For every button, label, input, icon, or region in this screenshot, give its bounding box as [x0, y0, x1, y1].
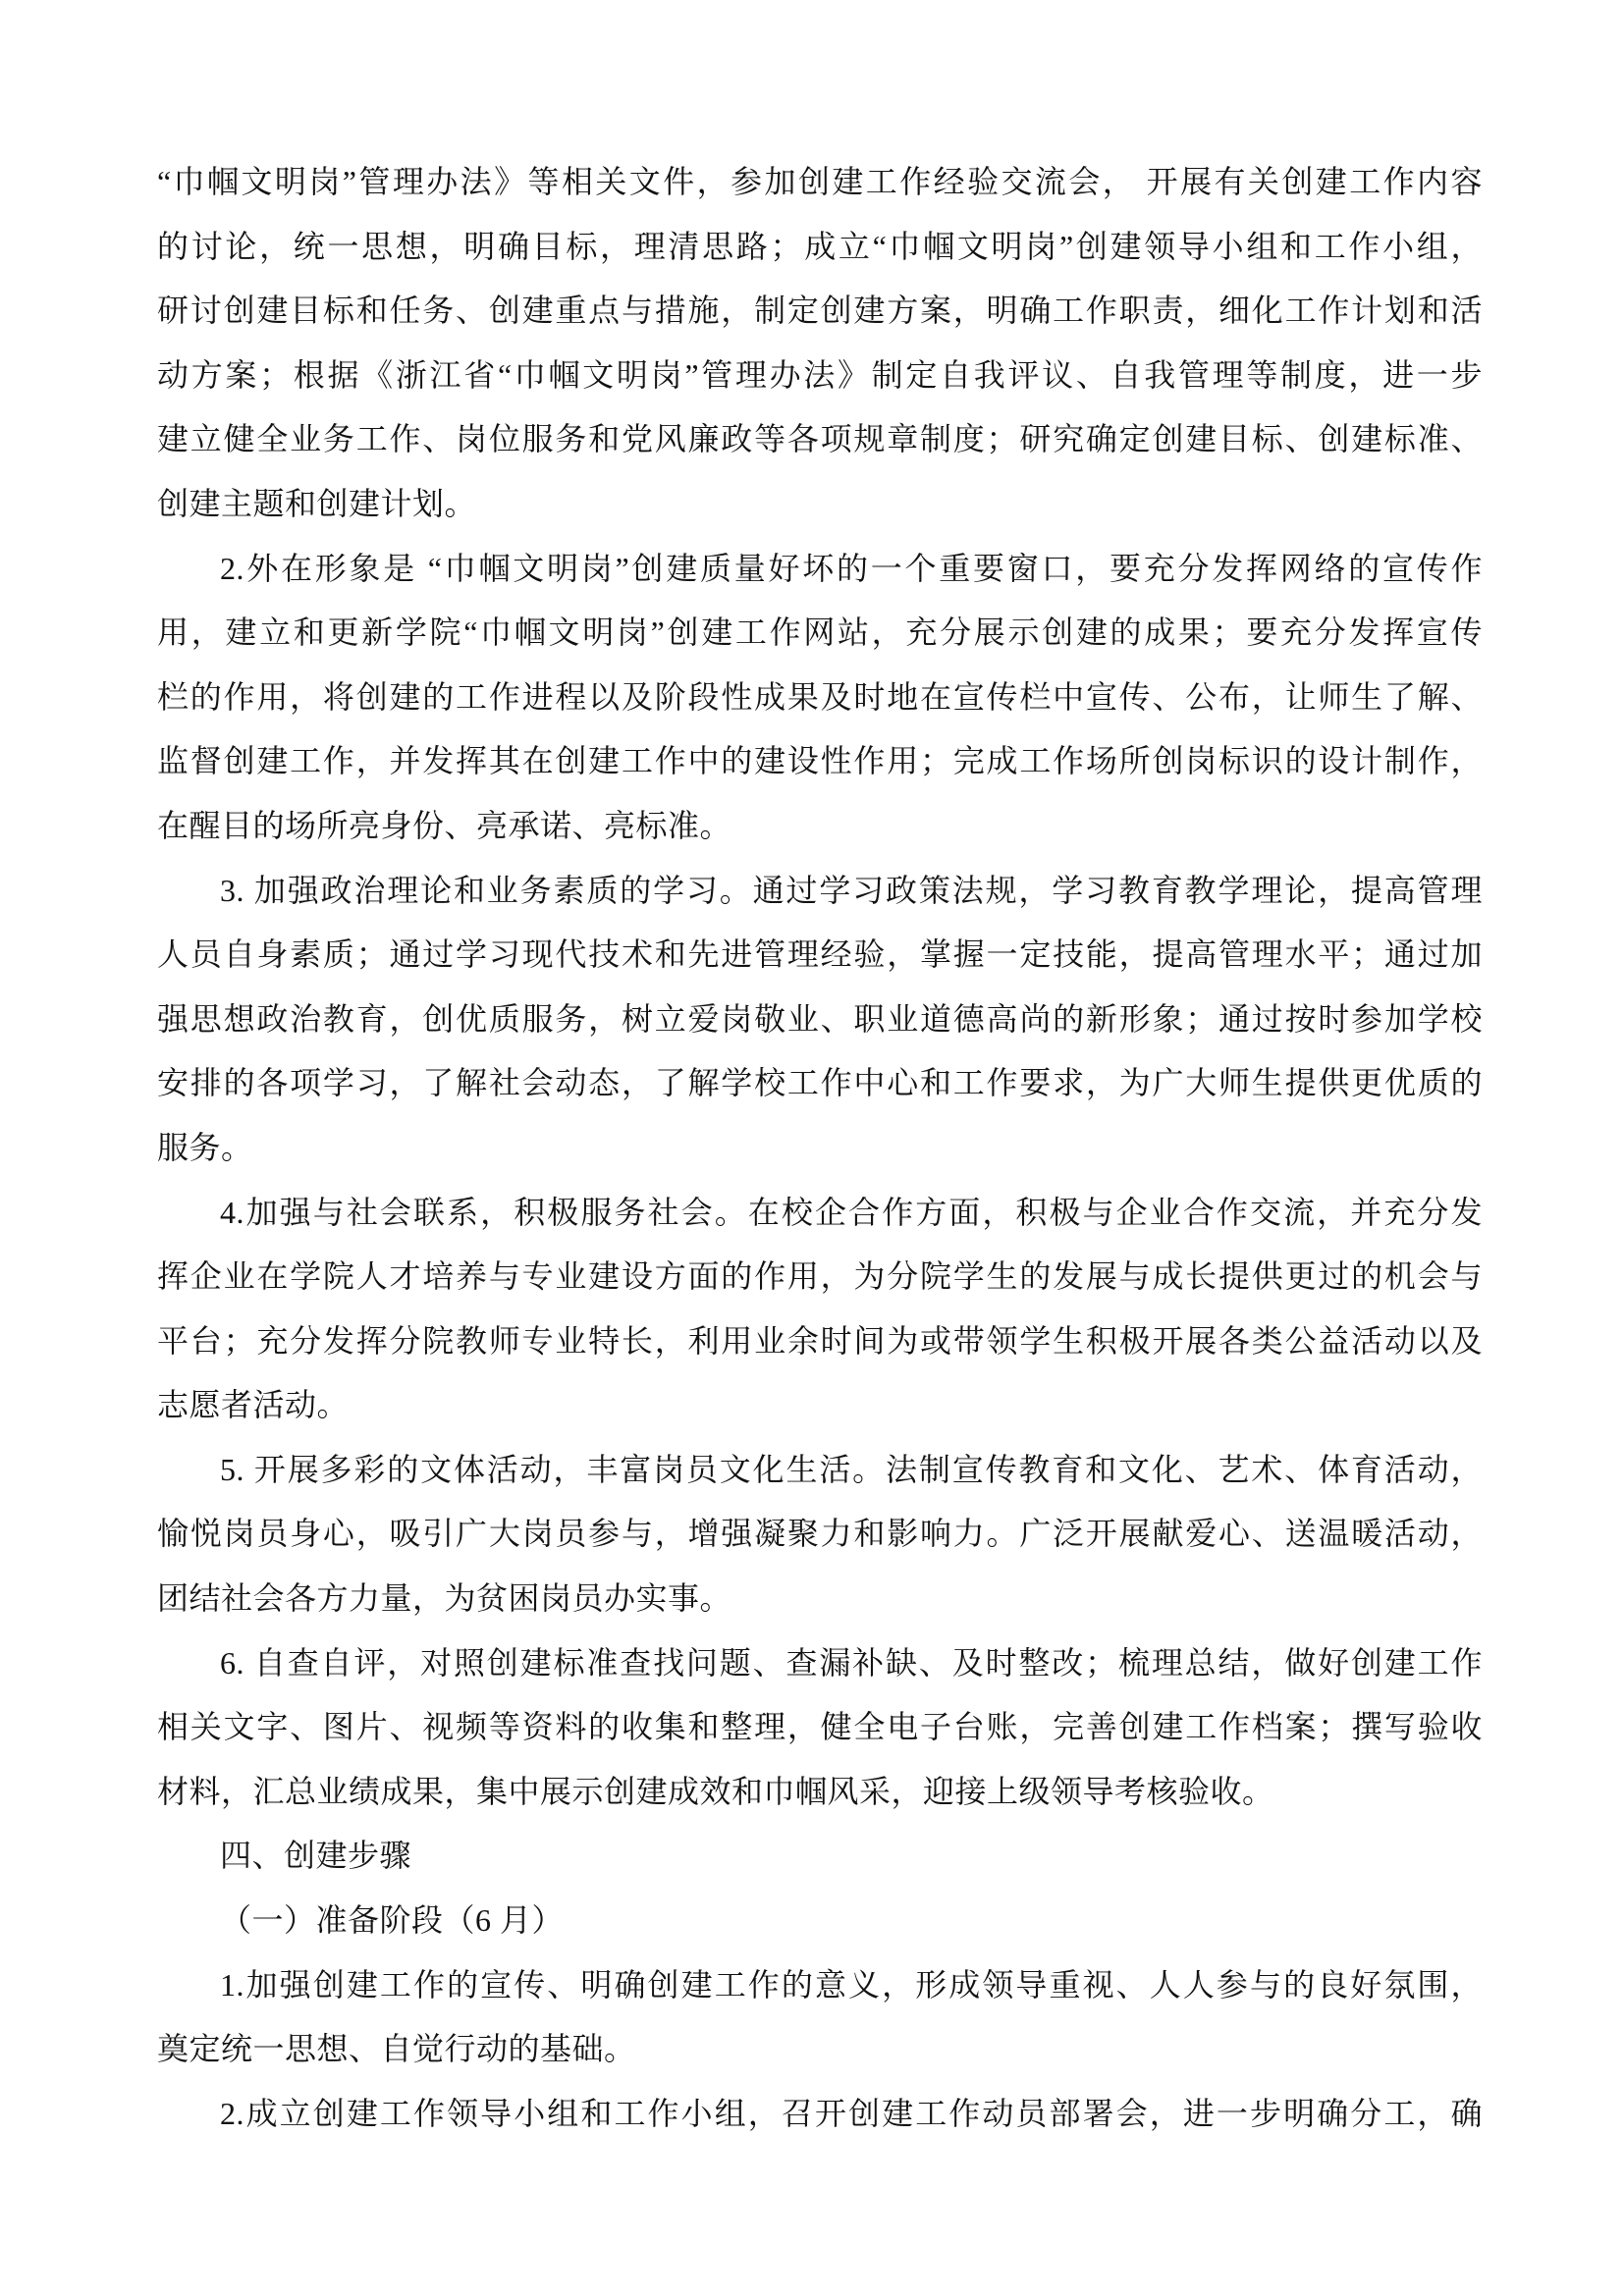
text-line: 用，建立和更新学院“巾帼文明岗”创建工作网站，充分展示创建的成果；要充分发挥宣传	[157, 601, 1483, 666]
text-line: 监督创建工作，并发挥其在创建工作中的建设性作用；完成工作场所创岗标识的设计制作，	[157, 729, 1483, 794]
text-line: 人员自身素质；通过学习现代技术和先进管理经验，掌握一定技能，提高管理水平；通过加	[157, 923, 1483, 988]
text-line: 材料，汇总业绩成果，集中展示创建成效和巾帼风采，迎接上级领导考核验收。	[157, 1760, 1483, 1825]
text-line: 奠定统一思想、自觉行动的基础。	[157, 2017, 1483, 2082]
text-line: 5. 开展多彩的文体活动，丰富岗员文化生活。法制宣传教育和文化、艺术、体育活动，	[157, 1438, 1483, 1503]
text-line: “巾帼文明岗”管理办法》等相关文件，参加创建工作经验交流会， 开展有关创建工作内…	[157, 150, 1483, 215]
text-line: 强思想政治教育，创优质服务，树立爱岗敬业、职业道德高尚的新形象；通过按时参加学校	[157, 988, 1483, 1052]
text-line: 2.外在形象是 “巾帼文明岗”创建质量好坏的一个重要窗口，要充分发挥网络的宣传作	[157, 537, 1483, 602]
text-line: 栏的作用，将创建的工作进程以及阶段性成果及时地在宣传栏中宣传、公布，让师生了解、	[157, 666, 1483, 730]
text-line: 平台；充分发挥分院教师专业特长，利用业余时间为或带领学生积极开展各类公益活动以及	[157, 1309, 1483, 1374]
text-line: 建立健全业务工作、岗位服务和党风廉政等各项规章制度；研究确定创建目标、创建标准、	[157, 407, 1483, 472]
document-page: “巾帼文明岗”管理办法》等相关文件，参加创建工作经验交流会， 开展有关创建工作内…	[0, 0, 1624, 2296]
text-line: 动方案；根据《浙江省“巾帼文明岗”管理办法》制定自我评议、自我管理等制度，进一步	[157, 344, 1483, 408]
text-line: 志愿者活动。	[157, 1373, 1483, 1438]
text-line: 愉悦岗员身心，吸引广大岗员参与，增强凝聚力和影响力。广泛开展献爱心、送温暖活动，	[157, 1502, 1483, 1567]
text-line: 挥企业在学院人才培养与专业建设方面的作用，为分院学生的发展与成长提供更过的机会与	[157, 1245, 1483, 1309]
text-line: 安排的各项学习，了解社会动态，了解学校工作中心和工作要求，为广大师生提供更优质的	[157, 1051, 1483, 1116]
text-line: 4.加强与社会联系，积极服务社会。在校企合作方面，积极与企业合作交流，并充分发	[157, 1181, 1483, 1246]
text-line: 的讨论，统一思想，明确目标，理清思路；成立“巾帼文明岗”创建领导小组和工作小组，	[157, 215, 1483, 280]
text-line: 创建主题和创建计划。	[157, 472, 1483, 537]
document-body: “巾帼文明岗”管理办法》等相关文件，参加创建工作经验交流会， 开展有关创建工作内…	[157, 150, 1483, 2146]
text-line: 服务。	[157, 1116, 1483, 1181]
text-line: 研讨创建目标和任务、创建重点与措施，制定创建方案，明确工作职责，细化工作计划和活	[157, 279, 1483, 344]
text-line: 在醒目的场所亮身份、亮承诺、亮标准。	[157, 794, 1483, 859]
text-line: 四、创建步骤	[157, 1824, 1483, 1889]
text-line: 6. 自查自评，对照创建标准查找问题、查漏补缺、及时整改；梳理总结，做好创建工作	[157, 1631, 1483, 1696]
text-line: 团结社会各方力量，为贫困岗员办实事。	[157, 1567, 1483, 1631]
text-line: 2.成立创建工作领导小组和工作小组，召开创建工作动员部署会，进一步明确分工，确	[157, 2082, 1483, 2147]
text-line: （一）准备阶段（6 月）	[157, 1889, 1483, 1953]
text-line: 1.加强创建工作的宣传、明确创建工作的意义，形成领导重视、人人参与的良好氛围，	[157, 1953, 1483, 2018]
text-line: 相关文字、图片、视频等资料的收集和整理，健全电子台账，完善创建工作档案；撰写验收	[157, 1695, 1483, 1760]
text-line: 3. 加强政治理论和业务素质的学习。通过学习政策法规，学习教育教学理论，提高管理	[157, 859, 1483, 924]
